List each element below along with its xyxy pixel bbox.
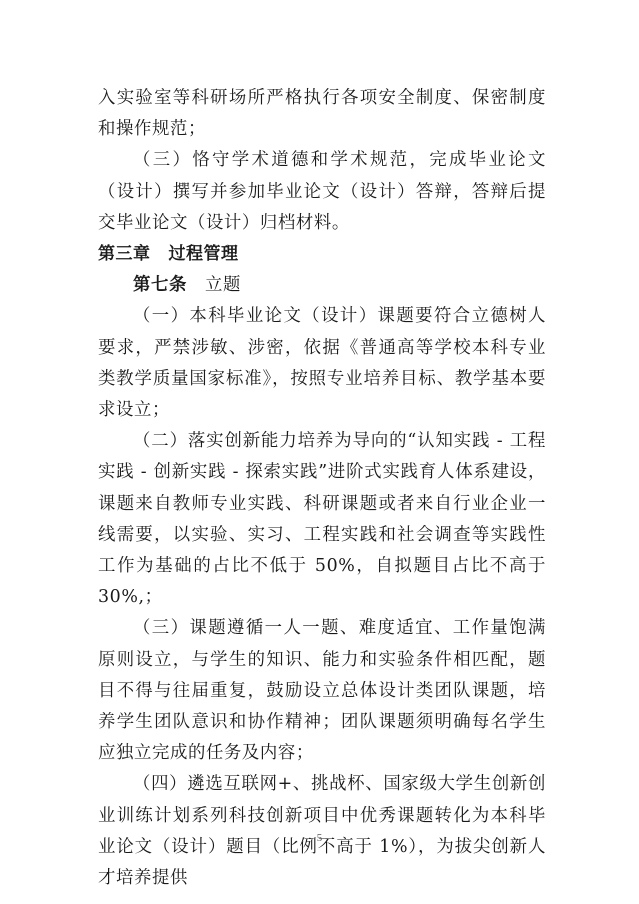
page-number: - 5 - [0, 832, 639, 844]
paragraph-item-2-practice-system: （二）落实创新能力培养为导向的“认知实践 - 工程实践 - 创新实践 - 探索实… [98, 426, 546, 613]
article-number: 第七条 [133, 275, 187, 295]
chapter-number: 第三章 [98, 244, 151, 264]
document-page: 入实验室等科研场所严格执行各项安全制度、保密制度和操作规范； （三）恪守学术道德… [0, 0, 639, 904]
article-title: 立题 [205, 275, 241, 295]
chapter-heading: 第三章过程管理 [98, 239, 546, 270]
paragraph-continued-safety: 入实验室等科研场所严格执行各项安全制度、保密制度和操作规范； [98, 83, 546, 145]
chapter-title: 过程管理 [169, 244, 239, 264]
paragraph-item-3-academic-ethics: （三）恪守学术道德和学术规范，完成毕业论文（设计）撰写并参加毕业论文（设计）答辩… [98, 145, 546, 239]
paragraph-item-3-one-topic-per-student: （三）课题遵循一人一题、难度适宜、工作量饱满原则设立，与学生的知识、能力和实验条… [98, 613, 546, 769]
paragraph-item-1-topic-requirements: （一）本科毕业论文（设计）课题要符合立德树人要求，严禁涉敏、涉密，依据《普通高等… [98, 301, 546, 426]
document-body: 入实验室等科研场所严格执行各项安全制度、保密制度和操作规范； （三）恪守学术道德… [98, 83, 546, 894]
article-heading: 第七条立题 [98, 270, 546, 301]
